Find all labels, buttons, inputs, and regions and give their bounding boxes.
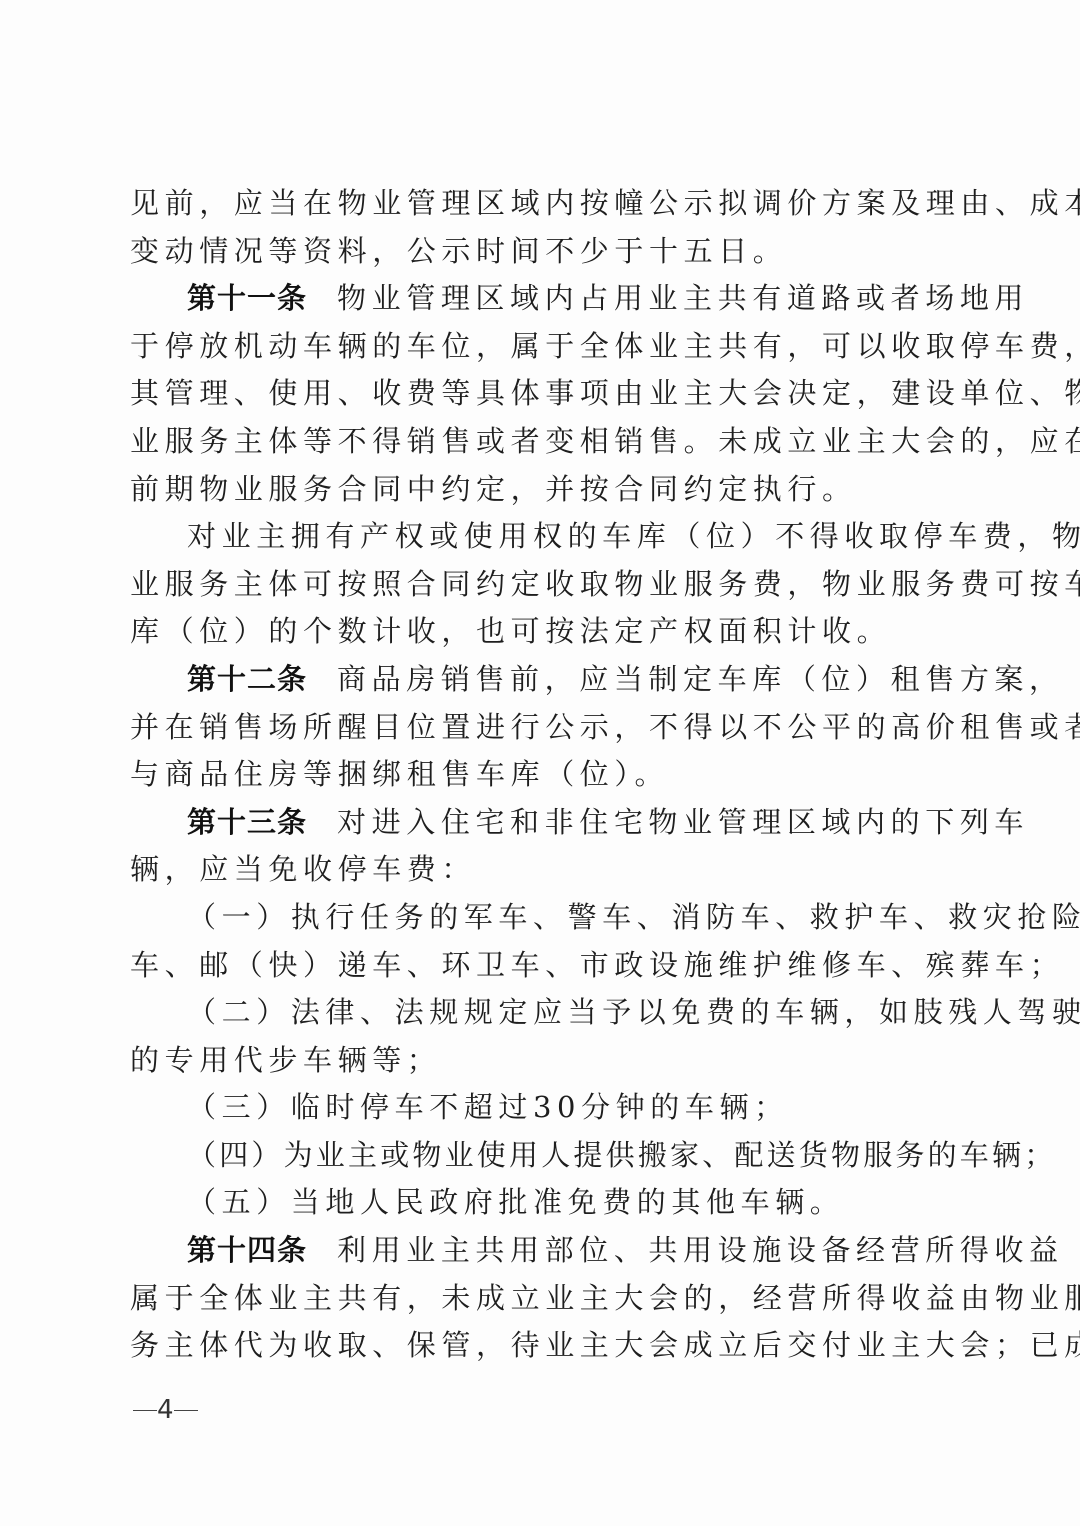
line-text: 对业主拥有产权或使用权的车库（位）不得收取停车费，物	[187, 519, 1080, 553]
line-text: 前期物业服务合同中约定，并按合同约定执行。	[130, 472, 857, 506]
text-line: 务主体代为收取、保管，待业主大会成立后交付业主大会；已成	[130, 1322, 956, 1370]
line-text: 库（位）的个数计收，也可按法定产权面积计收。	[130, 614, 891, 648]
line-text: 见前，应当在物业管理区域内按幢公示拟调价方案及理由、成本	[130, 186, 1080, 220]
list-item-4-line: （四）为业主或物业使用人提供搬家、配送货物服务的车辆；	[130, 1132, 956, 1180]
line-text: 物业管理区域内占用业主共有道路或者场地用	[337, 281, 1029, 315]
page-number: 4	[157, 1395, 174, 1425]
text-line: 辆，应当免收停车费：	[130, 846, 956, 894]
line-text: 属于全体业主共有，未成立业主大会的，经营所得收益由物业服	[130, 1281, 1080, 1315]
line-text: 辆，应当免收停车费：	[130, 852, 476, 886]
article-number: 第十二条	[187, 662, 307, 696]
list-item-5-line: （五）当地人民政府批准免费的其他车辆。	[130, 1179, 956, 1227]
line-text: 利用业主共用部位、共用设施设备经营所得收益	[337, 1233, 1064, 1267]
line-text: （一）执行任务的军车、警车、消防车、救护车、救灾抢险	[187, 900, 1080, 934]
dash-left	[133, 1410, 157, 1412]
list-item-1-line: （一）执行任务的军车、警车、消防车、救护车、救灾抢险	[130, 894, 956, 942]
line-text: 对进入住宅和非住宅物业管理区域内的下列车	[337, 805, 1029, 839]
text-line: 于停放机动车辆的车位，属于全体业主共有，可以收取停车费，	[130, 323, 956, 371]
line-text: 业服务主体等不得销售或者变相销售。未成立业主大会的，应在	[130, 424, 1080, 458]
text-line: 的专用代步车辆等；	[130, 1037, 956, 1085]
line-text: 商品房销售前，应当制定车库（位）租售方案，	[337, 662, 1064, 696]
article-12-heading-line: 第十二条商品房销售前，应当制定车库（位）租售方案，	[130, 656, 956, 704]
line-text: 务主体代为收取、保管，待业主大会成立后交付业主大会；已成	[130, 1328, 1080, 1362]
page-number-footer: 4	[133, 1395, 198, 1425]
list-item-2-line: （二）法律、法规规定应当予以免费的车辆，如肢残人驾驶	[130, 989, 956, 1037]
text-line: 与商品住房等捆绑租售车库（位）。	[130, 751, 956, 799]
line-text: （二）法律、法规规定应当予以免费的车辆，如肢残人驾驶	[187, 995, 1080, 1029]
text-line: 车、邮（快）递车、环卫车、市政设施维护维修车、殡葬车；	[130, 942, 956, 990]
line-text: 其管理、使用、收费等具体事项由业主大会决定，建设单位、物	[130, 376, 1080, 410]
line-text: （四）为业主或物业使用人提供搬家、配送货物服务的车辆；	[187, 1138, 1056, 1172]
dash-right	[174, 1410, 198, 1412]
line-text: （五）当地人民政府批准免费的其他车辆。	[187, 1185, 844, 1219]
text-line: 业服务主体可按照合同约定收取物业服务费，物业服务费可按车	[130, 561, 956, 609]
line-text: 车、邮（快）递车、环卫车、市政设施维护维修车、殡葬车；	[130, 948, 1064, 982]
paragraph-start-line: 对业主拥有产权或使用权的车库（位）不得收取停车费，物	[130, 513, 956, 561]
line-text: （三）临时停车不超过30分钟的车辆；	[187, 1090, 789, 1124]
line-text: 业服务主体可按照合同约定收取物业服务费，物业服务费可按车	[130, 567, 1080, 601]
article-number: 第十四条	[187, 1233, 307, 1267]
text-line: 见前，应当在物业管理区域内按幢公示拟调价方案及理由、成本	[130, 180, 956, 228]
article-number: 第十一条	[187, 281, 307, 315]
text-line: 前期物业服务合同中约定，并按合同约定执行。	[130, 466, 956, 514]
list-item-3-line: （三）临时停车不超过30分钟的车辆；	[130, 1084, 956, 1132]
line-text: 并在销售场所醒目位置进行公示，不得以不公平的高价租售或者	[130, 710, 1080, 744]
line-text: 与商品住房等捆绑租售车库（位）。	[130, 757, 669, 791]
article-11-heading-line: 第十一条物业管理区域内占用业主共有道路或者场地用	[130, 275, 956, 323]
article-13-heading-line: 第十三条对进入住宅和非住宅物业管理区域内的下列车	[130, 799, 956, 847]
text-line: 库（位）的个数计收，也可按法定产权面积计收。	[130, 608, 956, 656]
article-14-heading-line: 第十四条利用业主共用部位、共用设施设备经营所得收益	[130, 1227, 956, 1275]
document-body: 见前，应当在物业管理区域内按幢公示拟调价方案及理由、成本 变动情况等资料，公示时…	[130, 180, 956, 1370]
text-line: 变动情况等资料，公示时间不少于十五日。	[130, 228, 956, 276]
line-text: 的专用代步车辆等；	[130, 1043, 441, 1077]
document-page: 见前，应当在物业管理区域内按幢公示拟调价方案及理由、成本 变动情况等资料，公示时…	[0, 0, 1080, 1526]
text-line: 属于全体业主共有，未成立业主大会的，经营所得收益由物业服	[130, 1275, 956, 1323]
text-line: 业服务主体等不得销售或者变相销售。未成立业主大会的，应在	[130, 418, 956, 466]
line-text: 于停放机动车辆的车位，属于全体业主共有，可以收取停车费，	[130, 329, 1080, 363]
line-text: 变动情况等资料，公示时间不少于十五日。	[130, 234, 787, 268]
text-line: 并在销售场所醒目位置进行公示，不得以不公平的高价租售或者	[130, 704, 956, 752]
text-line: 其管理、使用、收费等具体事项由业主大会决定，建设单位、物	[130, 370, 956, 418]
article-number: 第十三条	[187, 805, 307, 839]
